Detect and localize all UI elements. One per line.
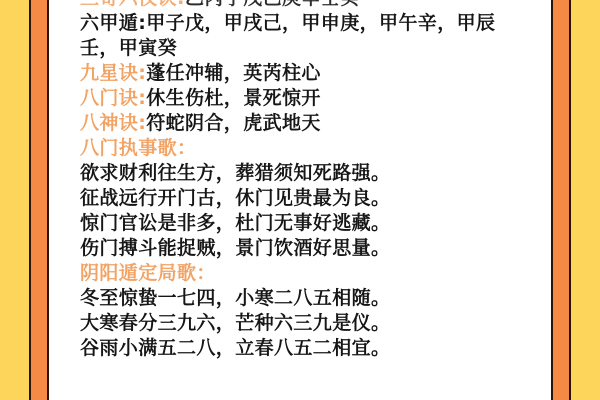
document-content: 三奇六仪诀:乙丙丁戊己庚辛壬癸 六甲遁:甲子戊，甲戌己，甲申庚，甲午辛，甲辰 壬… (80, 0, 500, 361)
left-orange-border (29, 0, 49, 400)
jiuxing-label: 九星诀: (80, 62, 146, 84)
liujia-text-1: 甲子戊，甲戌己，甲申庚，甲午辛，甲辰 (146, 12, 495, 34)
top-partial-label: 三奇六仪诀: (80, 0, 185, 9)
liujia-text-2: 壬，甲寅癸 (80, 37, 177, 59)
yinyang-song-heading: 阴阳遁定局歌： (80, 261, 500, 286)
bashen-text: 符蛇阴合，虎武地天 (146, 112, 321, 134)
right-orange-border (551, 0, 571, 400)
top-partial-line: 三奇六仪诀:乙丙丁戊己庚辛壬癸 (80, 0, 500, 11)
bamen-song-line: 欲求财利往生方，葬猎须知死路强。 (80, 161, 500, 186)
bamen-song-heading: 八门执事歌： (80, 136, 500, 161)
bashen-line: 八神诀:符蛇阴合，虎武地天 (80, 111, 500, 136)
bamen-label: 八门诀: (80, 87, 146, 109)
jiuxing-text: 蓬任冲辅，英芮柱心 (146, 62, 321, 84)
yinyang-song-line: 冬至惊蛰一七四，小寒二八五相随。 (80, 286, 500, 311)
yinyang-song-line: 谷雨小满五二八，立春八五二相宜。 (80, 336, 500, 361)
bamen-text: 休生伤杜，景死惊开 (146, 87, 321, 109)
jiuxing-line: 九星诀:蓬任冲辅，英芮柱心 (80, 61, 500, 86)
bamen-song-line: 惊门官讼是非多，杜门无事好逃藏。 (80, 211, 500, 236)
liujia-line-1: 六甲遁:甲子戊，甲戌己，甲申庚，甲午辛，甲辰 (80, 11, 500, 36)
bashen-label: 八神诀: (80, 112, 146, 134)
top-partial-text: 乙丙丁戊己庚辛壬癸 (185, 0, 360, 9)
yinyang-song-line: 大寒春分三九六，芒种六三九是仪。 (80, 311, 500, 336)
bamen-line: 八门诀:休生伤杜，景死惊开 (80, 86, 500, 111)
bamen-song-line: 征战远行开门古，休门见贵最为良。 (80, 186, 500, 211)
liujia-line-2: 壬，甲寅癸 (80, 36, 500, 61)
bamen-song-line: 伤门搏斗能捉贼，景门饮酒好思量。 (80, 236, 500, 261)
liujia-label: 六甲遁: (80, 12, 146, 34)
